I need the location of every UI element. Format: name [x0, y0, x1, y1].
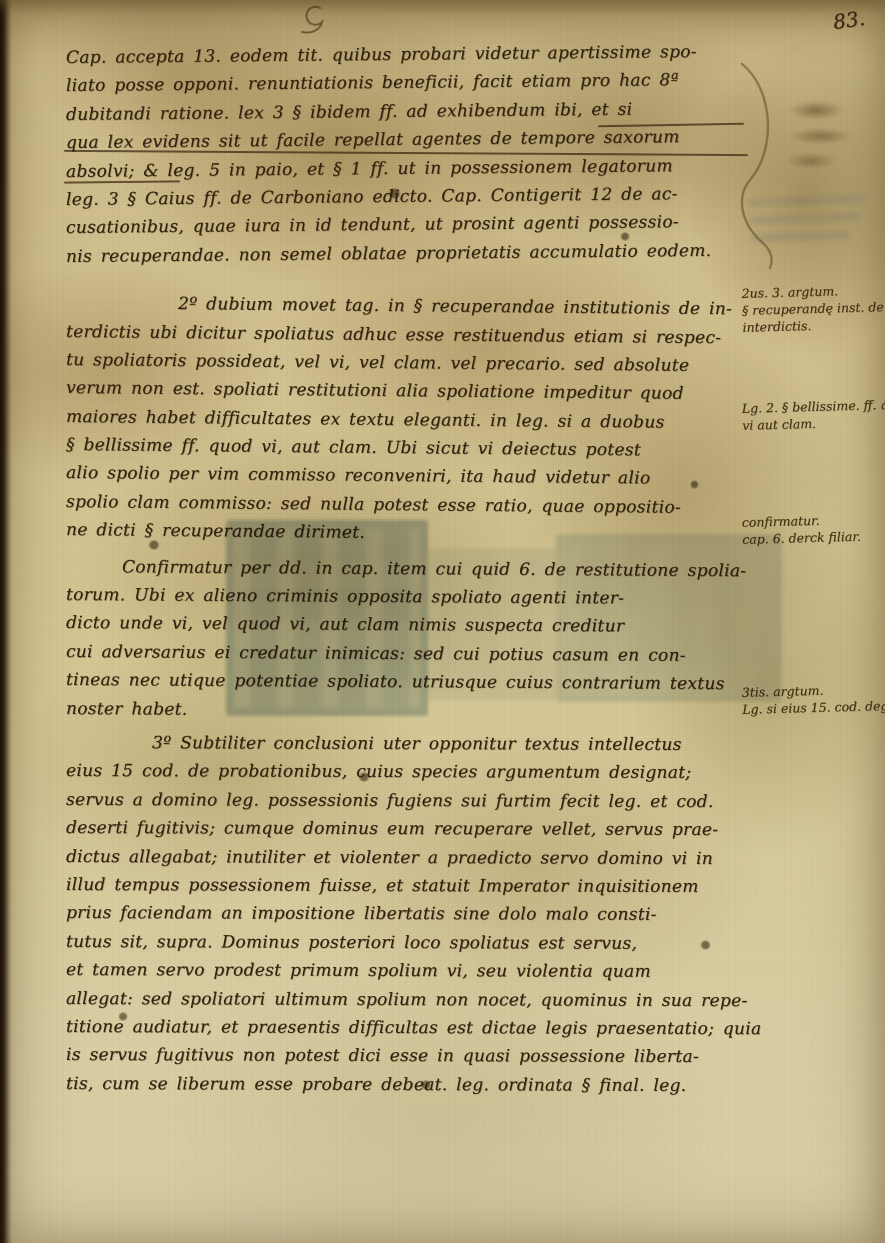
bleedthrough-text	[748, 194, 866, 207]
manuscript-page: 83. Cap. accepta 13. eodem tit. quibus p…	[0, 0, 885, 1243]
page-number: 83.	[831, 6, 866, 34]
text-line: nis recuperandae. non semel oblatae prop…	[66, 236, 756, 271]
paragraph: 3º Subtiliter conclusioni uter opponitur…	[66, 729, 756, 1098]
bleedthrough-ink	[766, 92, 866, 184]
margin-note-line: § recuperandę inst. de	[742, 298, 882, 319]
paragraph: Confirmatur per dd. in cap. item cui qui…	[66, 553, 756, 723]
text-line: tis, cum se liberum esse probare debeat.…	[66, 1070, 756, 1101]
bleedthrough-text	[748, 212, 860, 225]
manuscript-text: Cap. accepta 13. eodem tit. quibus proba…	[66, 44, 756, 1098]
margin-note: confirmatur.cap. 6. derck filiar.	[742, 510, 883, 548]
text-line: et tamen servo prodest primum spolium vi…	[66, 956, 756, 987]
margin-note: 3tis. argtum.Lg. si eius 15. cod. deglat…	[742, 680, 883, 718]
scan-edge-top	[0, 0, 885, 14]
paragraph: 2º dubium movet tag. in § recuperandae i…	[66, 289, 756, 545]
margin-note: Lg. 2. § bellissime. ff. quodvi aut clam…	[742, 396, 883, 434]
text-line: deserti fugitivis; cumque dominus eum re…	[66, 814, 756, 845]
margin-note-line: 2us. 3. argtum.	[741, 281, 881, 302]
pen-flourish	[290, 2, 330, 38]
text-line: noster habet.	[66, 695, 756, 728]
margin-note-line: vi aut clam.	[742, 413, 882, 434]
margin-note-line: interdictis.	[742, 315, 882, 336]
text-line: is servus fugitivus non potest dici esse…	[66, 1041, 756, 1072]
margin-note-line: confirmatur.	[742, 510, 882, 531]
text-line: servus a domino leg. possessionis fugien…	[66, 786, 756, 817]
scan-edge-left	[0, 0, 12, 1243]
text-line: dicto unde vi, vel quod vi, aut clam nim…	[66, 609, 756, 642]
text-line: Confirmatur per dd. in cap. item cui qui…	[66, 553, 756, 586]
margin-note-line: cap. 6. derck filiar.	[742, 527, 882, 548]
text-line: eius 15 cod. de probationibus, cuius spe…	[66, 757, 756, 788]
margin-note-line: 3tis. argtum.	[742, 680, 882, 701]
text-line: tineas nec utique potentiae spoliato. ut…	[66, 666, 756, 699]
paragraph: Cap. accepta 13. eodem tit. quibus proba…	[66, 44, 756, 271]
text-line: illud tempus possessionem fuisse, et sta…	[66, 871, 756, 902]
text-line: tutus sit, supra. Dominus posteriori loc…	[66, 928, 756, 959]
text-line: ne dicti § recuperandae dirimet.	[66, 516, 756, 551]
text-line: dictus allegabat; inutiliter et violente…	[66, 843, 756, 874]
margin-note-line: Lg. si eius 15. cod. deglat.	[742, 697, 882, 718]
margin-note-line: Lg. 2. § bellissime. ff. quod	[742, 396, 882, 417]
text-line: titione audiatur, et praesentis difficul…	[66, 1013, 756, 1044]
text-line: cui adversarius ei credatur inimicas: se…	[66, 638, 756, 671]
text-line: allegat: sed spoliatori ultimum spolium …	[66, 985, 756, 1016]
text-line: prius faciendam an impositione libertati…	[66, 899, 756, 930]
text-line: 3º Subtiliter conclusioni uter opponitur…	[66, 729, 756, 760]
bleedthrough-text	[750, 230, 850, 242]
margin-note: 2us. 3. argtum.§ recuperandę inst. deint…	[741, 281, 882, 336]
